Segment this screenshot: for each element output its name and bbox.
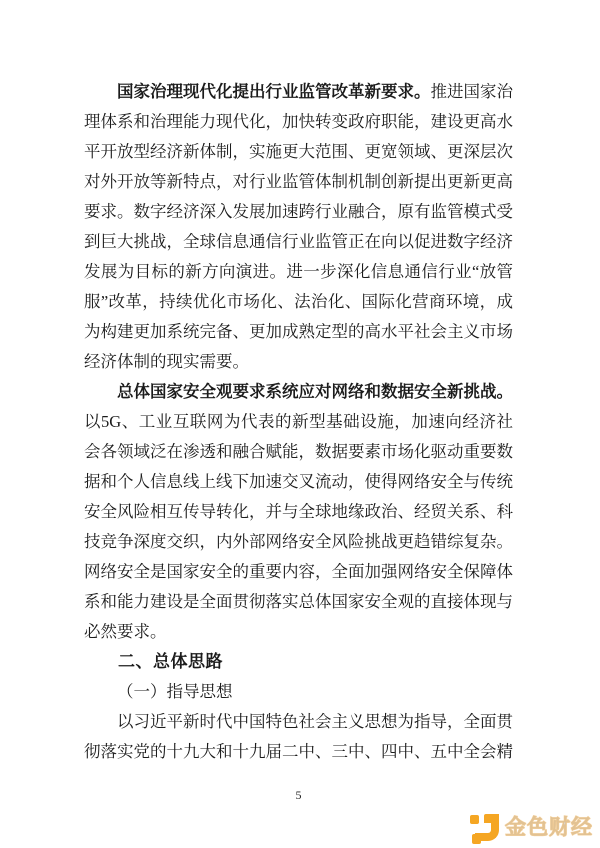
paragraph-body-text: 推进国家治理体系和治理能力现代化，加快转变政府职能，建设更高水平开放型经济新体制… xyxy=(84,82,513,371)
page-number: 5 xyxy=(84,788,513,803)
section-heading: 二、总体思路 xyxy=(84,647,513,677)
paragraph-lead-sentence: 国家治理现代化提出行业监管改革新要求。 xyxy=(117,82,431,101)
logo-j-shape xyxy=(475,814,499,841)
subsection-heading: （一）指导思想 xyxy=(84,677,513,707)
paragraph-body-text: 以5G、工业互联网为代表的新型基础设施，加速向经济社会各领域泛在渗透和融合赋能，… xyxy=(84,412,513,641)
paragraph-governance: 国家治理现代化提出行业监管改革新要求。推进国家治理体系和治理能力现代化，加快转变… xyxy=(84,77,513,377)
jinse-finance-logo-icon xyxy=(470,812,499,845)
document-body: 国家治理现代化提出行业监管改革新要求。推进国家治理体系和治理能力现代化，加快转变… xyxy=(84,77,513,767)
paragraph-lead-sentence: 总体国家安全观要求系统应对网络和数据安全新挑战。 xyxy=(117,382,513,401)
paragraph-security: 总体国家安全观要求系统应对网络和数据安全新挑战。以5G、工业互联网为代表的新型基… xyxy=(84,377,513,647)
paragraph-guiding-ideology: 以习近平新时代中国特色社会主义思想为指导，全面贯彻落实党的十九大和十九届二中、三… xyxy=(84,707,513,767)
watermark: 金色财经 xyxy=(470,812,593,846)
watermark-text: 金色财经 xyxy=(505,812,593,844)
document-page: 国家治理现代化提出行业监管改革新要求。推进国家治理体系和治理能力现代化，加快转变… xyxy=(0,0,600,848)
